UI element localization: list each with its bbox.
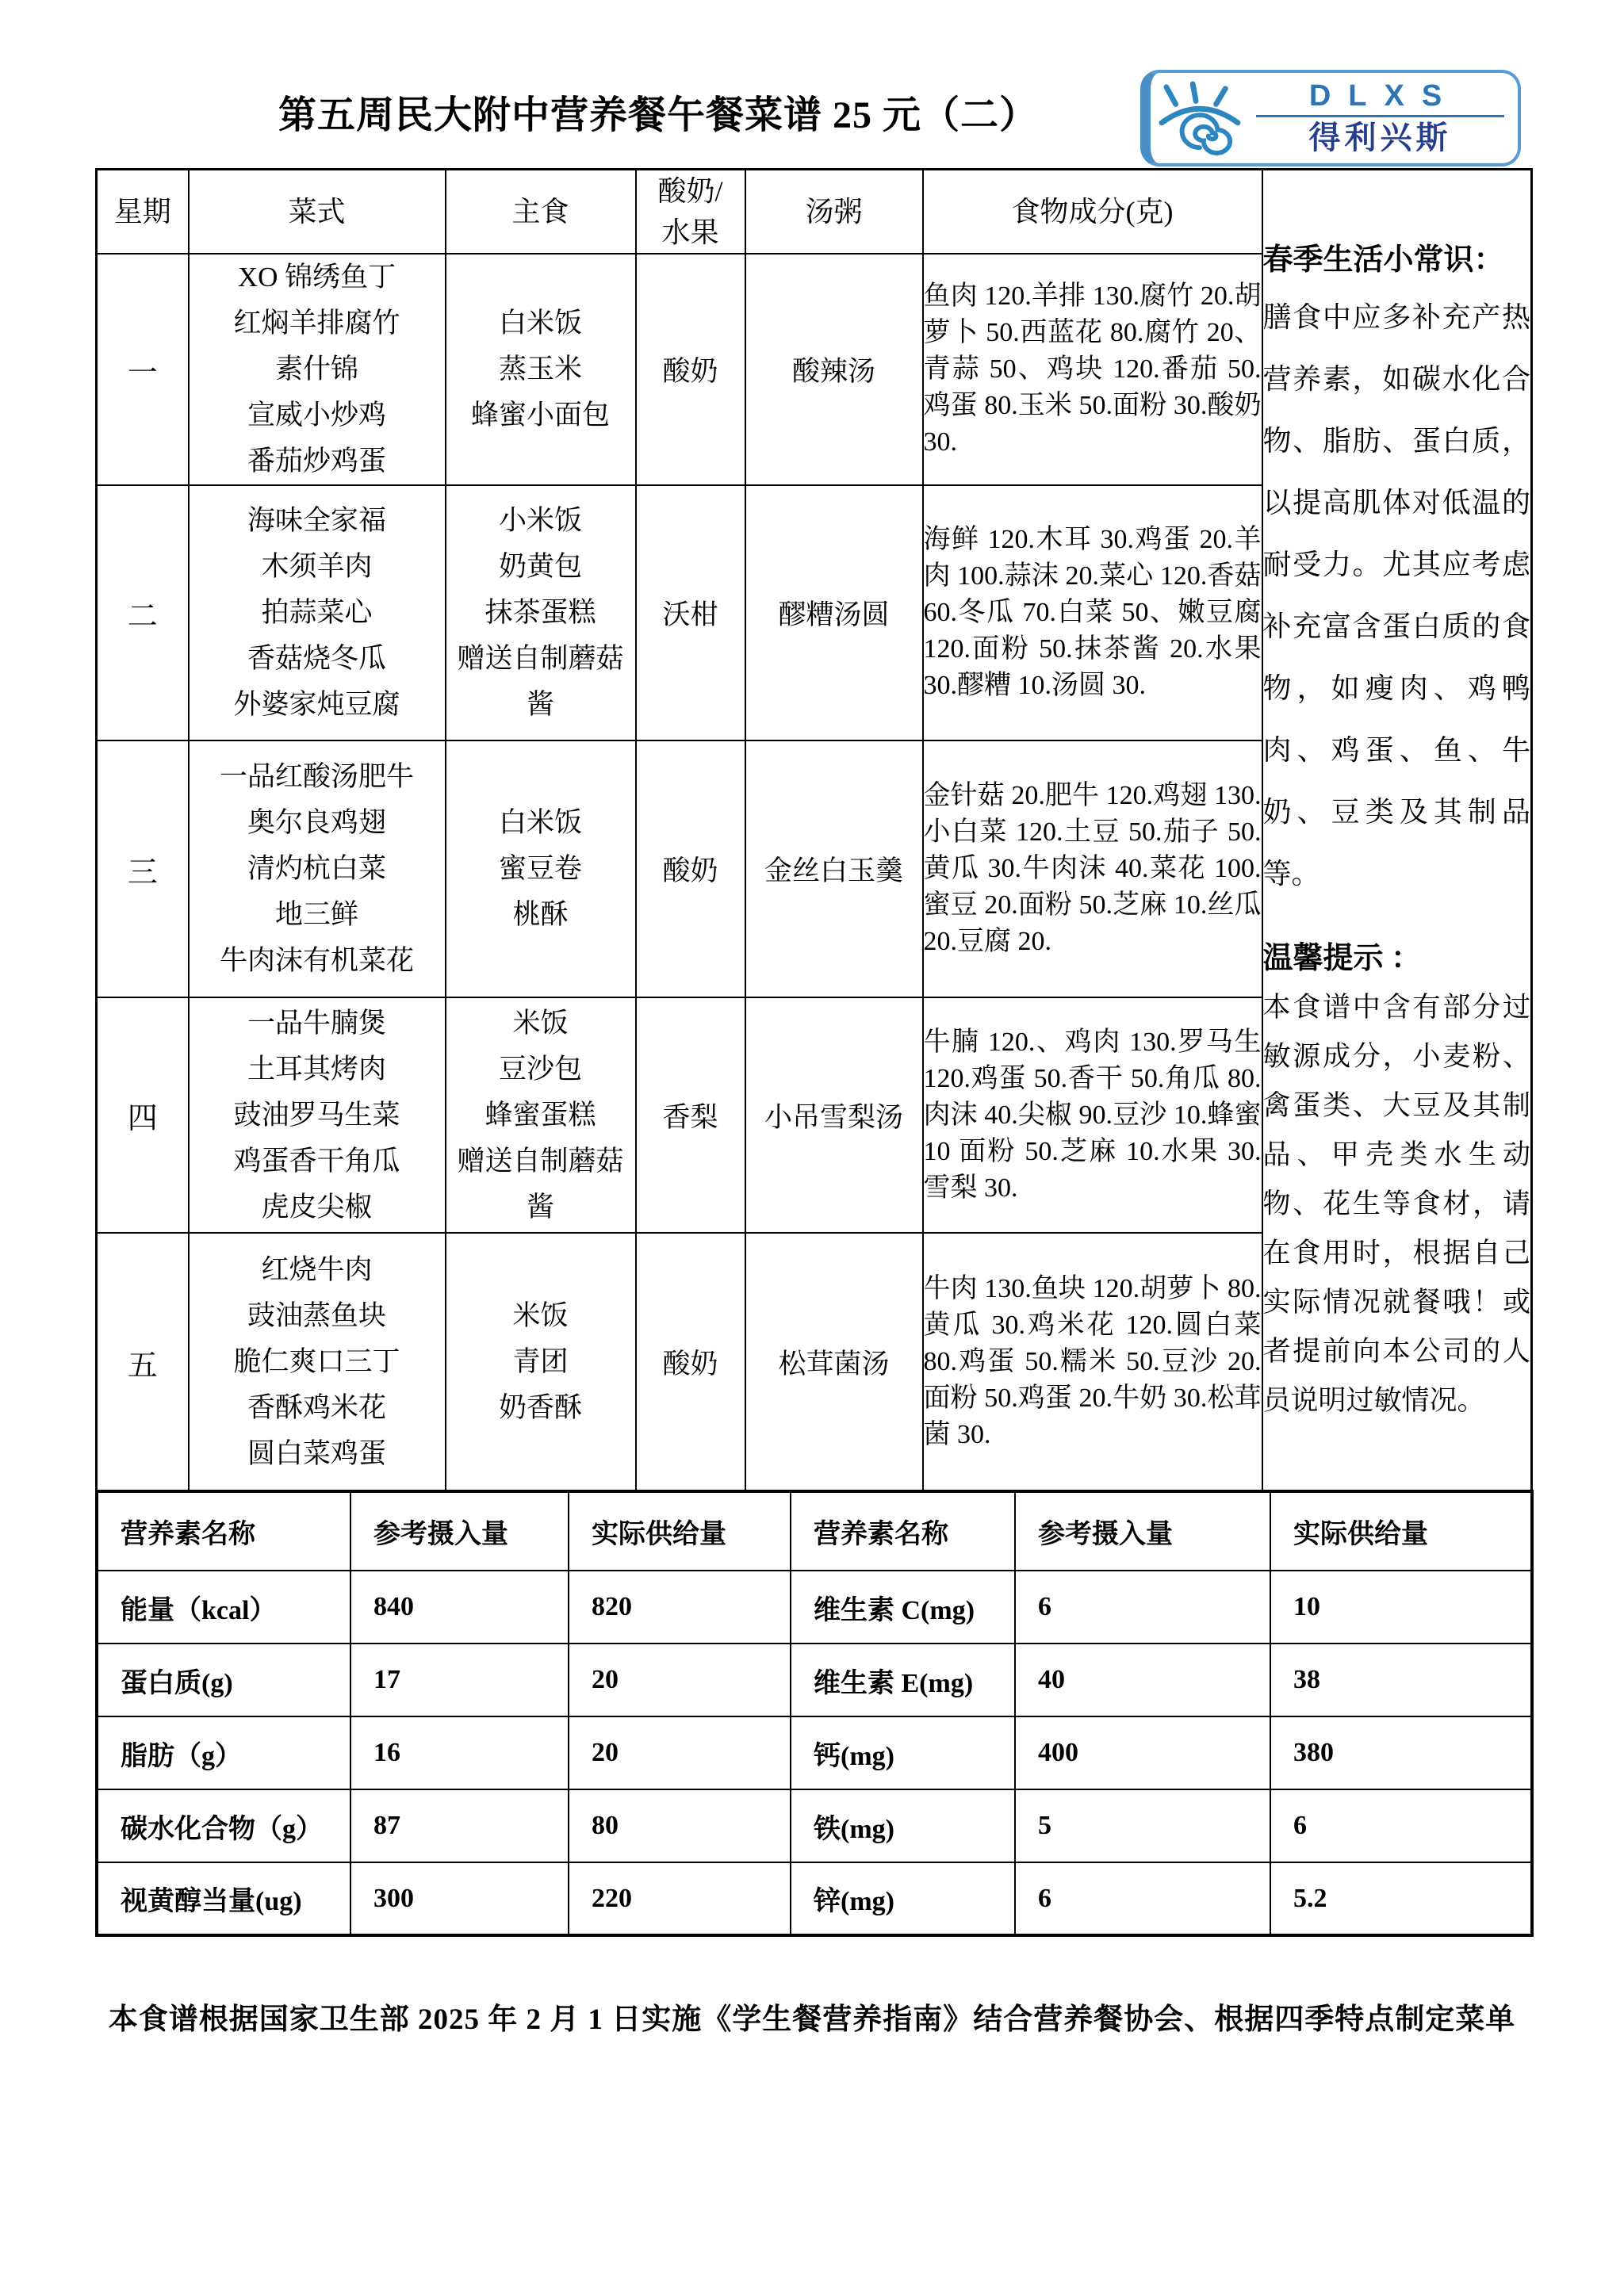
actual-supply: 20 [569, 1644, 791, 1716]
reference-intake: 400 [1015, 1716, 1270, 1789]
actual-supply: 820 [569, 1571, 791, 1644]
menu-document-page: { "title": "第五周民大附中营养餐午餐菜谱 25 元（二）", "lo… [0, 0, 1624, 2296]
reference-intake: 6 [1015, 1571, 1270, 1644]
nutrient-name: 视黄醇当量(ug) [97, 1862, 350, 1935]
allergy-notice-title: 温馨提示 ： [1263, 933, 1531, 977]
soup-cell: 金丝白玉羹 [745, 740, 923, 997]
logo-company-name: 得利兴斯 [1309, 121, 1452, 155]
reference-intake: 16 [350, 1716, 569, 1789]
weekly-menu-table: 星期 菜式 主食 酸奶/ 水果 汤粥 食物成分(克) 春季生活小常识： 膳食中应… [95, 168, 1533, 1493]
dishes-cell: 红烧牛肉 豉油蒸鱼块 脆仁爽口三丁 香酥鸡米花 圆白菜鸡蛋 [189, 1233, 446, 1491]
nutrition-row: 碳水化合物（g） 87 80 铁(mg) 5 6 [97, 1789, 1532, 1862]
dishes-cell: 海味全家福 木须羊肉 拍蒜菜心 香菇烧冬瓜 外婆家炖豆腐 [189, 485, 446, 740]
nutrient-name: 碳水化合物（g） [97, 1789, 350, 1862]
logo-text-block: DLXS 得利兴斯 [1243, 81, 1518, 156]
fruit-cell: 酸奶 [636, 740, 745, 997]
nutrient-name: 锌(mg) [791, 1862, 1015, 1935]
nutrition-row: 脂肪（g） 16 20 钙(mg) 400 380 [97, 1716, 1532, 1789]
dishes-cell: 一品红酸汤肥牛 奥尔良鸡翅 清灼杭白菜 地三鲜 牛肉沫有机菜花 [189, 740, 446, 997]
actual-supply: 80 [569, 1789, 791, 1862]
actual-supply: 38 [1270, 1644, 1532, 1716]
nutrition-row: 蛋白质(g) 17 20 维生素 E(mg) 40 38 [97, 1644, 1532, 1716]
nutrition-column-header: 参考摄入量 [1015, 1491, 1270, 1571]
nutrient-name: 钙(mg) [791, 1716, 1015, 1789]
dishes-cell: XO 锦绣鱼丁 红焖羊排腐竹 素什锦 宣威小炒鸡 番茄炒鸡蛋 [189, 254, 446, 485]
nutrition-column-header: 营养素名称 [791, 1491, 1015, 1571]
actual-supply: 220 [569, 1862, 791, 1935]
eye-spiral-icon [1157, 81, 1243, 155]
page-title: 第五周民大附中营养餐午餐菜谱 25 元（二） [103, 84, 1213, 139]
nutrient-name: 脂肪（g） [97, 1716, 350, 1789]
fruit-cell: 酸奶 [636, 1233, 745, 1491]
nutrition-column-header: 营养素名称 [97, 1491, 350, 1571]
staple-cell: 米饭 青团 奶香酥 [446, 1233, 636, 1491]
nutrition-table: 营养素名称 参考摄入量 实际供给量 营养素名称 参考摄入量 实际供给量 能量（k… [95, 1490, 1534, 1937]
soup-cell: 醪糟汤圆 [745, 485, 923, 740]
composition-cell: 海鲜 120.木耳 30.鸡蛋 20.羊肉 100.蒜沫 20.菜心 120.香… [923, 485, 1262, 740]
actual-supply: 6 [1270, 1789, 1532, 1862]
spring-tips-title: 春季生活小常识： [1263, 235, 1531, 278]
staple-cell: 米饭 豆沙包 蜂蜜蛋糕 赠送自制蘑菇酱 [446, 997, 636, 1233]
composition-cell: 金针菇 20.肥牛 120.鸡翅 130.小白菜 120.土豆 50.茄子 50… [923, 740, 1262, 997]
nutrient-name: 铁(mg) [791, 1789, 1015, 1862]
reference-intake: 87 [350, 1789, 569, 1862]
nutrition-header-row: 营养素名称 参考摄入量 实际供给量 营养素名称 参考摄入量 实际供给量 [97, 1491, 1532, 1571]
column-header-staple: 主食 [446, 170, 636, 254]
reference-intake: 40 [1015, 1644, 1270, 1716]
column-header-soup: 汤粥 [745, 170, 923, 254]
allergy-notice-body: 本食谱中含有部分过敏源成分，小麦粉、禽蛋类、大豆及其制品、甲壳类水生动物、花生等… [1263, 983, 1531, 1425]
composition-cell: 牛肉 130.鱼块 120.胡萝卜 80.黄瓜 30.鸡米花 120.圆白菜 8… [923, 1233, 1262, 1491]
nutrition-column-header: 实际供给量 [1270, 1491, 1532, 1571]
nutrient-name: 维生素 E(mg) [791, 1644, 1015, 1716]
day-cell: 四 [97, 997, 189, 1233]
fruit-cell: 酸奶 [636, 254, 745, 485]
menu-header-row: 星期 菜式 主食 酸奶/ 水果 汤粥 食物成分(克) 春季生活小常识： 膳食中应… [97, 170, 1532, 254]
column-header-composition: 食物成分(克) [923, 170, 1262, 254]
day-cell: 一 [97, 254, 189, 485]
actual-supply: 20 [569, 1716, 791, 1789]
nutrition-row: 能量（kcal） 840 820 维生素 C(mg) 6 10 [97, 1571, 1532, 1644]
logo-acronym: DLXS [1301, 81, 1459, 113]
staple-cell: 小米饭 奶黄包 抹茶蛋糕 赠送自制蘑菇酱 [446, 485, 636, 740]
day-cell: 二 [97, 485, 189, 740]
nutrition-column-header: 参考摄入量 [350, 1491, 569, 1571]
actual-supply: 10 [1270, 1571, 1532, 1644]
staple-cell: 白米饭 蜜豆卷 桃酥 [446, 740, 636, 997]
reference-intake: 840 [350, 1571, 569, 1644]
column-header-day: 星期 [97, 170, 189, 254]
composition-cell: 牛腩 120.、鸡肉 130.罗马生 120.鸡蛋 50.香干 50.角瓜 80… [923, 997, 1262, 1233]
column-header-dishes: 菜式 [189, 170, 446, 254]
sidebar-tips-panel: 春季生活小常识： 膳食中应多补充产热营养素，如碳水化合物、脂肪、蛋白质，以提高肌… [1262, 170, 1532, 1492]
actual-supply: 5.2 [1270, 1862, 1532, 1935]
soup-cell: 小吊雪梨汤 [745, 997, 923, 1233]
reference-intake: 5 [1015, 1789, 1270, 1862]
nutrient-name: 蛋白质(g) [97, 1644, 350, 1716]
logo-divider [1256, 115, 1503, 117]
staple-cell: 白米饭 蒸玉米 蜂蜜小面包 [446, 254, 636, 485]
soup-cell: 松茸菌汤 [745, 1233, 923, 1491]
day-cell: 五 [97, 1233, 189, 1491]
nutrient-name: 维生素 C(mg) [791, 1571, 1015, 1644]
day-cell: 三 [97, 740, 189, 997]
footer-note: 本食谱根据国家卫生部 2025 年 2 月 1 日实施《学生餐营养指南》结合营养… [0, 1995, 1624, 2038]
actual-supply: 380 [1270, 1716, 1532, 1789]
nutrition-row: 视黄醇当量(ug) 300 220 锌(mg) 6 5.2 [97, 1862, 1532, 1935]
company-logo: DLXS 得利兴斯 [1140, 70, 1521, 166]
column-header-fruit: 酸奶/ 水果 [636, 170, 745, 254]
dishes-cell: 一品牛腩煲 土耳其烤肉 豉油罗马生菜 鸡蛋香干角瓜 虎皮尖椒 [189, 997, 446, 1233]
spring-tips-body: 膳食中应多补充产热营养素，如碳水化合物、脂肪、蛋白质，以提高肌体对低温的耐受力。… [1263, 286, 1531, 905]
reference-intake: 6 [1015, 1862, 1270, 1935]
reference-intake: 300 [350, 1862, 569, 1935]
reference-intake: 17 [350, 1644, 569, 1716]
nutrition-column-header: 实际供给量 [569, 1491, 791, 1571]
soup-cell: 酸辣汤 [745, 254, 923, 485]
composition-cell: 鱼肉 120.羊排 130.腐竹 20.胡萝卜 50.西蓝花 80.腐竹 20、… [923, 254, 1262, 485]
fruit-cell: 香梨 [636, 997, 745, 1233]
fruit-cell: 沃柑 [636, 485, 745, 740]
nutrient-name: 能量（kcal） [97, 1571, 350, 1644]
